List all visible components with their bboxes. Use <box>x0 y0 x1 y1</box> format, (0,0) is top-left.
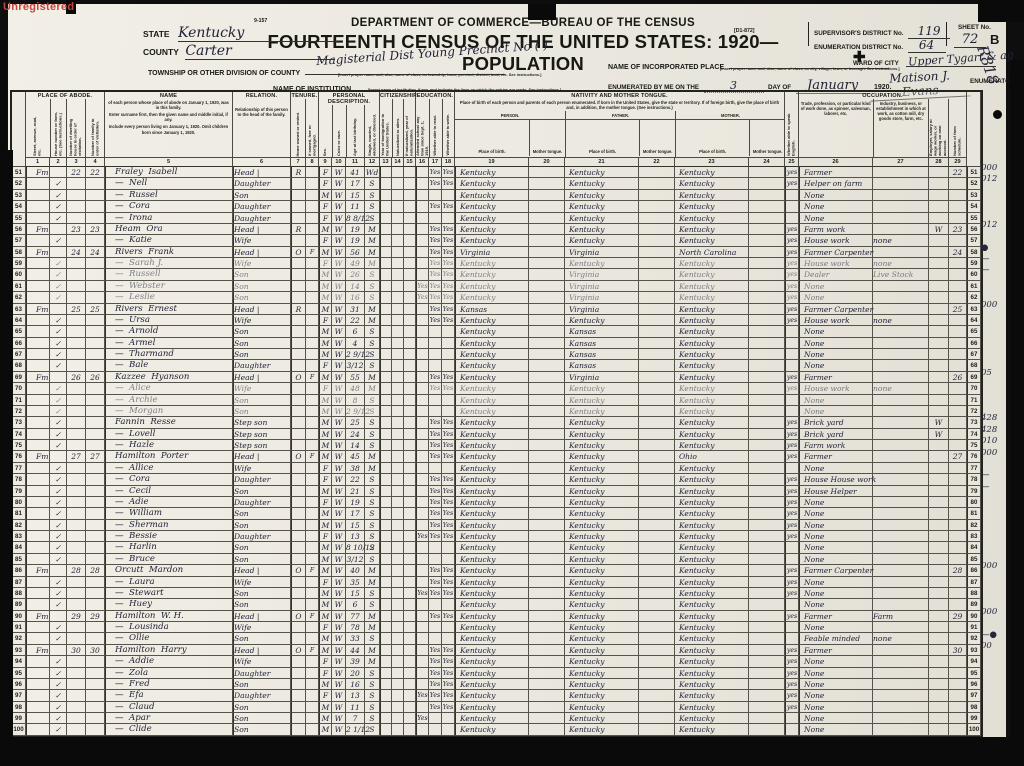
cell-person-birthplace: Kentucky <box>455 292 529 303</box>
cell-marital: S <box>365 440 380 451</box>
cell-relation-value: Son <box>234 555 249 564</box>
cell-color-race-value: W <box>335 441 343 450</box>
cell-marital-value: M <box>368 646 376 655</box>
cell-relation-value: Wife <box>234 657 251 666</box>
cell-color-race: W <box>332 724 346 735</box>
cell-home-owned-value: O <box>295 612 301 621</box>
cell-relation-value: Daughter <box>234 202 270 211</box>
cell-home-owned <box>291 360 306 371</box>
cell-visit-check: ✓ <box>50 497 67 508</box>
cell-occupation: Farmer Carpenter <box>799 304 873 315</box>
line-number: 84 <box>967 542 981 553</box>
cell-person-birthplace-value: Kentucky <box>460 612 496 621</box>
line-number: 56 <box>12 224 26 235</box>
cell-naturalized <box>392 724 404 735</box>
cell-dwelling-number-value: 28 <box>71 566 81 575</box>
cell-attended-school: Yes <box>416 713 429 724</box>
line-number: 61 <box>967 281 981 292</box>
cell-home-owned <box>291 656 306 667</box>
cell-dwelling-number <box>67 724 86 735</box>
cell-father-tongue <box>639 360 675 371</box>
line-number: 63 <box>967 304 981 315</box>
cell-color-race-value: W <box>335 270 343 279</box>
cell-visit-check: ✓ <box>50 508 67 519</box>
cell-occupation-value: Farmer <box>804 646 832 655</box>
cell-immigration-year <box>380 508 392 519</box>
cell-father-birthplace-value: Virginia <box>569 373 599 382</box>
cell-farm-mark: Fm <box>26 247 50 258</box>
cell-color-race-value: W <box>335 509 343 518</box>
cell-age-value: 39 <box>350 657 360 666</box>
cell-industry-value: none <box>873 316 892 325</box>
cell-person-birthplace-value: Kentucky <box>460 452 496 461</box>
cell-free-mortgaged <box>306 224 319 235</box>
cell-marital: M <box>365 577 380 588</box>
cell-color-race: W <box>332 201 346 212</box>
cell-father-tongue <box>639 258 675 269</box>
col-naturalized: Naturalized or alien. <box>392 99 404 157</box>
cell-dwelling-number <box>67 531 86 542</box>
cell-name: — Fred <box>105 679 233 690</box>
cell-farm-mark <box>26 679 50 690</box>
cell-sex-value: M <box>322 612 330 621</box>
cell-farm-number-value: 30 <box>953 646 963 655</box>
cell-age: 56 <box>346 247 365 258</box>
cell-sex: M <box>319 633 332 644</box>
cell-name-value: — Sherman <box>115 520 168 530</box>
cell-person-tongue <box>529 383 565 394</box>
cell-mother-birthplace-value: Kentucky <box>679 475 715 484</box>
cell-able-to-write: Yes <box>442 383 455 394</box>
cell-sex-value: M <box>322 566 330 575</box>
cell-occupation: Farmer <box>799 451 873 462</box>
cell-mother-tongue <box>749 304 785 315</box>
cell-person-birthplace: Kentucky <box>455 178 529 189</box>
cell-person-birthplace-value: Kentucky <box>460 680 496 689</box>
line-number: 89 <box>967 599 981 610</box>
cell-occupation: House work <box>799 235 873 246</box>
line-number-value: 63 <box>971 306 978 313</box>
cell-relation-value: Wife <box>234 316 251 325</box>
cell-speak-english: yes <box>785 565 799 576</box>
cell-able-to-read: Yes <box>429 497 442 508</box>
cell-person-birthplace-value: Kentucky <box>460 373 496 382</box>
cell-family-number <box>86 292 105 303</box>
cell-father-birthplace: Kansas <box>565 326 639 337</box>
cell-employer-class <box>929 178 949 189</box>
cell-immigration-year <box>380 395 392 406</box>
cell-attended-school <box>416 178 429 189</box>
cell-name-value: — William <box>115 508 162 518</box>
cell-visit-check-value: ✓ <box>55 418 61 427</box>
col-employer-class-label: Employer, salary or wage worker, or work… <box>929 110 947 156</box>
cell-occupation-value: Farmer Carpenter <box>804 305 873 314</box>
line-number: 68 <box>12 360 26 371</box>
cell-person-birthplace-value: Kentucky <box>460 714 496 723</box>
line-number: 82 <box>967 520 981 531</box>
cell-immigration-year <box>380 656 392 667</box>
cell-person-birthplace-value: Kentucky <box>460 669 496 678</box>
cell-age-value: 16 <box>350 293 360 302</box>
line-number-value: 90 <box>15 613 22 620</box>
col-number-26: 26 <box>799 158 873 167</box>
cell-free-mortgaged <box>306 599 319 610</box>
cell-able-to-write: Yes <box>442 668 455 679</box>
cell-father-birthplace-value: Kentucky <box>569 725 605 734</box>
cell-relation: Head | <box>233 565 291 576</box>
cell-person-tongue <box>529 474 565 485</box>
cell-mother-birthplace-value: Kentucky <box>679 521 715 530</box>
cell-farm-number <box>949 440 967 451</box>
col-color-race: Color or race. <box>332 105 346 157</box>
cell-family-number: 30 <box>86 645 105 656</box>
cell-naturalized <box>392 611 404 622</box>
cell-mother-birthplace-value: Kentucky <box>679 612 715 621</box>
cell-farm-number <box>949 497 967 508</box>
cell-age: 8 <box>346 395 365 406</box>
cell-father-birthplace-value: Kentucky <box>569 407 605 416</box>
cell-family-number <box>86 622 105 633</box>
cell-relation: Step son <box>233 417 291 428</box>
cell-able-to-read: Yes <box>429 531 442 542</box>
cell-immigration-year <box>380 520 392 531</box>
cell-relation: Head | <box>233 451 291 462</box>
cell-visit-check-value: ✓ <box>55 725 61 734</box>
incorporated-label: NAME OF INCORPORATED PLACE <box>608 64 724 71</box>
cell-relation-value: Son <box>234 293 249 302</box>
cell-home-owned <box>291 292 306 303</box>
cell-color-race: W <box>332 326 346 337</box>
cell-naturalization-year <box>404 554 416 565</box>
cell-sex-value: F <box>323 384 328 393</box>
cell-person-tongue <box>529 372 565 383</box>
scan-smudge-top <box>528 4 556 20</box>
cell-age: 77 <box>346 611 365 622</box>
cell-able-to-write-value: Yes <box>443 169 453 176</box>
cell-marital-value: S <box>369 521 374 530</box>
cell-occupation-value: Farmer Carpenter <box>804 566 873 575</box>
cell-mother-birthplace-value: Kentucky <box>679 373 715 382</box>
cell-occupation: House work <box>799 315 873 326</box>
cell-name-value: Kazzee Hyanson <box>115 372 189 382</box>
cell-farm-number-value: 27 <box>953 452 963 461</box>
cell-able-to-read-value: Yes <box>430 226 440 233</box>
cell-age: 15 <box>346 520 365 531</box>
cell-industry-value: Farm <box>873 612 893 621</box>
cell-visit-check <box>50 645 67 656</box>
cell-free-mortgaged <box>306 474 319 485</box>
cell-age: 33 <box>346 633 365 644</box>
cell-farm-mark-value: Fm <box>36 452 48 461</box>
cell-age: 6 <box>346 326 365 337</box>
cell-naturalized <box>392 474 404 485</box>
cell-naturalization-year <box>404 633 416 644</box>
cell-occupation: Feable minded <box>799 633 873 644</box>
cell-color-race: W <box>332 645 346 656</box>
cell-naturalization-year <box>404 451 416 462</box>
cell-relation: Son <box>233 486 291 497</box>
cell-farm-number <box>949 702 967 713</box>
line-number-value: 93 <box>15 647 22 654</box>
cell-visit-check: ✓ <box>50 178 67 189</box>
line-number: 83 <box>967 531 981 542</box>
line-number-value: 66 <box>971 340 978 347</box>
cell-person-birthplace: Kentucky <box>455 474 529 485</box>
cell-father-birthplace: Kentucky <box>565 395 639 406</box>
cell-mother-birthplace-value: Kentucky <box>679 305 715 314</box>
cell-able-to-write-value: Yes <box>443 294 453 301</box>
cell-farm-mark <box>26 633 50 644</box>
cell-father-birthplace-value: Kansas <box>569 350 596 359</box>
cell-father-birthplace-value: Kansas <box>569 361 596 370</box>
cell-marital: S <box>365 190 380 201</box>
cell-sex: F <box>319 315 332 326</box>
cell-relation-value: Wife <box>234 578 251 587</box>
cell-able-to-write-value: Yes <box>443 180 453 187</box>
cell-speak-english: yes <box>785 429 799 440</box>
line-number: 65 <box>12 326 26 337</box>
cell-visit-check-value: ✓ <box>55 634 61 643</box>
cell-occupation-value: Farmer <box>804 452 832 461</box>
cell-farm-number <box>949 713 967 724</box>
cell-person-birthplace: Kentucky <box>455 599 529 610</box>
cell-farm-number: 27 <box>949 451 967 462</box>
cell-person-tongue <box>529 645 565 656</box>
line-number-value: 72 <box>971 408 978 415</box>
cell-mother-tongue <box>749 338 785 349</box>
cell-farm-mark <box>26 406 50 417</box>
cell-dwelling-number: 23 <box>67 224 86 235</box>
cell-farm-mark <box>26 724 50 735</box>
cell-relation: Head | <box>233 304 291 315</box>
cell-mother-birthplace: Kentucky <box>675 713 749 724</box>
cell-person-birthplace-value: Kansas <box>460 305 487 314</box>
cell-name: — Clide <box>105 724 233 735</box>
cell-sex: F <box>319 258 332 269</box>
cell-father-birthplace-value: Kentucky <box>569 202 605 211</box>
cell-home-owned: O <box>291 372 306 383</box>
cell-sex: F <box>319 201 332 212</box>
cell-person-birthplace-value: Kentucky <box>460 339 496 348</box>
cell-family-number: 29 <box>86 611 105 622</box>
cell-mother-birthplace: Kentucky <box>675 372 749 383</box>
cell-free-mortgaged <box>306 429 319 440</box>
line-number: 95 <box>12 668 26 679</box>
cell-free-mortgaged <box>306 440 319 451</box>
cell-employer-class <box>929 565 949 576</box>
cell-speak-english: yes <box>785 178 799 189</box>
cell-naturalized <box>392 372 404 383</box>
cell-farm-mark <box>26 349 50 360</box>
cell-marital: S <box>365 292 380 303</box>
cell-able-to-write-value: Yes <box>443 658 453 665</box>
cell-industry <box>873 554 929 565</box>
cell-industry <box>873 588 929 599</box>
nativity-group-person: PERSON.Place of birth.Mother tongue. <box>455 111 565 157</box>
margin-note-line-78: — <box>981 470 990 480</box>
cell-visit-check-value: ✓ <box>55 179 61 188</box>
group-speak-english: Whether able to speak English. <box>785 92 799 158</box>
cell-able-to-read <box>429 633 442 644</box>
cell-name-value: — Clide <box>115 724 152 734</box>
cell-relation-value: Daughter <box>234 214 270 223</box>
cell-able-to-write: Yes <box>442 451 455 462</box>
cell-speak-english-value: yes <box>787 658 797 665</box>
cell-visit-check-value: ✓ <box>55 555 61 564</box>
cell-name: — Katie <box>105 235 233 246</box>
cell-industry <box>873 690 929 701</box>
cell-marital-value: S <box>369 725 374 734</box>
group-name: NAMEof each person whose place of abode … <box>105 92 233 158</box>
cell-sex-value: M <box>322 487 330 496</box>
cell-farm-mark-value: Fm <box>36 612 48 621</box>
cell-occupation: Farmer <box>799 167 873 178</box>
cell-attended-school <box>416 326 429 337</box>
cell-occupation-value: None <box>804 521 824 530</box>
cell-name-value: — Nell <box>115 178 147 188</box>
line-number: 94 <box>967 656 981 667</box>
cell-mother-birthplace-value: Kentucky <box>679 646 715 655</box>
line-number-value: 68 <box>15 362 22 369</box>
state-label: STATE <box>143 29 170 39</box>
cell-color-race-value: W <box>335 339 343 348</box>
cell-home-owned <box>291 713 306 724</box>
cell-employer-class <box>929 474 949 485</box>
cell-speak-english: yes <box>785 440 799 451</box>
cell-age-value: 35 <box>350 578 360 587</box>
cell-visit-check-value: ✓ <box>55 236 61 245</box>
cell-dwelling-number <box>67 508 86 519</box>
cell-industry: none <box>873 383 929 394</box>
cell-person-tongue <box>529 520 565 531</box>
cell-occupation-value: None <box>804 680 824 689</box>
cell-industry <box>873 497 929 508</box>
cell-father-birthplace-value: Virginia <box>569 282 599 291</box>
cell-marital: M <box>365 463 380 474</box>
cell-able-to-read: Yes <box>429 258 442 269</box>
cell-father-birthplace: Virginia <box>565 281 639 292</box>
margin-note-line-63: 000 <box>981 300 997 310</box>
line-number-value: 85 <box>971 556 978 563</box>
cell-father-tongue <box>639 486 675 497</box>
cell-dwelling-number-value: 22 <box>71 168 81 177</box>
cell-industry <box>873 281 929 292</box>
cell-relation-value: Son <box>234 714 249 723</box>
cell-speak-english-value: yes <box>787 681 797 688</box>
cell-home-owned <box>291 702 306 713</box>
cell-immigration-year <box>380 645 392 656</box>
cell-sex-value: F <box>323 691 328 700</box>
cell-relation-value: Step son <box>234 418 267 427</box>
cell-person-tongue <box>529 497 565 508</box>
cell-naturalized <box>392 668 404 679</box>
cell-industry: none <box>873 258 929 269</box>
cell-mother-birthplace-value: Kentucky <box>679 418 715 427</box>
cell-able-to-read: Yes <box>429 315 442 326</box>
cell-person-tongue <box>529 713 565 724</box>
cell-visit-check-value: ✓ <box>55 509 61 518</box>
cell-dwelling-number <box>67 213 86 224</box>
cell-speak-english-value: yes <box>787 704 797 711</box>
cell-home-owned <box>291 190 306 201</box>
cell-dwelling-number <box>67 668 86 679</box>
cell-home-owned <box>291 383 306 394</box>
cell-speak-english: yes <box>785 645 799 656</box>
cell-dwelling-number: 22 <box>67 167 86 178</box>
cell-farm-number <box>949 429 967 440</box>
cell-free-mortgaged <box>306 349 319 360</box>
cell-relation: Son <box>233 508 291 519</box>
cell-marital: S <box>365 497 380 508</box>
cell-free-mortgaged <box>306 315 319 326</box>
cell-industry <box>873 599 929 610</box>
cell-relation-value: Daughter <box>234 691 270 700</box>
cell-able-to-read: Yes <box>429 440 442 451</box>
cell-naturalized <box>392 167 404 178</box>
cell-name-value: — Laura <box>115 577 155 587</box>
cell-sex: F <box>319 656 332 667</box>
cell-marital: S <box>365 178 380 189</box>
line-number: 73 <box>12 417 26 428</box>
cell-occupation-value: None <box>804 464 824 473</box>
cell-farm-mark <box>26 656 50 667</box>
cell-occupation-value: House House work <box>804 475 876 484</box>
cell-family-number-value: 29 <box>90 612 100 621</box>
line-number-value: 100 <box>969 726 979 733</box>
cell-farm-number <box>949 520 967 531</box>
line-number: 85 <box>967 554 981 565</box>
cell-attended-school <box>416 269 429 280</box>
cell-father-birthplace-value: Kentucky <box>569 578 605 587</box>
cell-relation: Daughter <box>233 360 291 371</box>
cell-able-to-write <box>442 213 455 224</box>
cell-home-owned: R <box>291 224 306 235</box>
cell-family-number-value: 24 <box>90 248 100 257</box>
group-tenure: TENURE.Home owned or rented.If owned, fr… <box>291 92 319 158</box>
cell-sex: F <box>319 463 332 474</box>
cell-naturalized <box>392 508 404 519</box>
cell-relation-value: Head | <box>234 373 259 382</box>
cell-relation-value: Son <box>234 634 249 643</box>
cell-person-birthplace-value: Kentucky <box>460 259 496 268</box>
cell-mother-tongue <box>749 360 785 371</box>
cell-free-mortgaged <box>306 554 319 565</box>
cell-age-value: 26 <box>350 270 360 279</box>
cell-dwelling-number <box>67 281 86 292</box>
cell-attended-school-value: Yes <box>417 283 427 290</box>
cell-mother-birthplace: Ohio <box>675 451 749 462</box>
cell-relation-value: Head | <box>234 225 259 234</box>
cell-sex-value: M <box>322 680 330 689</box>
cell-free-mortgaged <box>306 463 319 474</box>
cell-name-value: — Katie <box>115 235 152 245</box>
cell-relation-value: Wife <box>234 236 251 245</box>
col-attended-school-label: Attended school any time since Sept. 1, … <box>416 110 429 156</box>
cell-employer-class <box>929 372 949 383</box>
cell-employer-class: W <box>929 224 949 235</box>
col-father-birthplace: Place of birth. <box>566 120 639 156</box>
cell-farm-number <box>949 690 967 701</box>
cell-able-to-read-value: Yes <box>430 670 440 677</box>
cell-person-birthplace: Kentucky <box>455 645 529 656</box>
cell-able-to-write-value: Yes <box>443 419 453 426</box>
cell-color-race-value: W <box>335 725 343 734</box>
cell-farm-number <box>949 724 967 735</box>
cell-person-tongue <box>529 588 565 599</box>
cell-mother-birthplace-value: Kentucky <box>679 532 715 541</box>
incorporated-line: NAME OF INCORPORATED PLACE <box>608 56 889 74</box>
cell-age: 14 <box>346 440 365 451</box>
